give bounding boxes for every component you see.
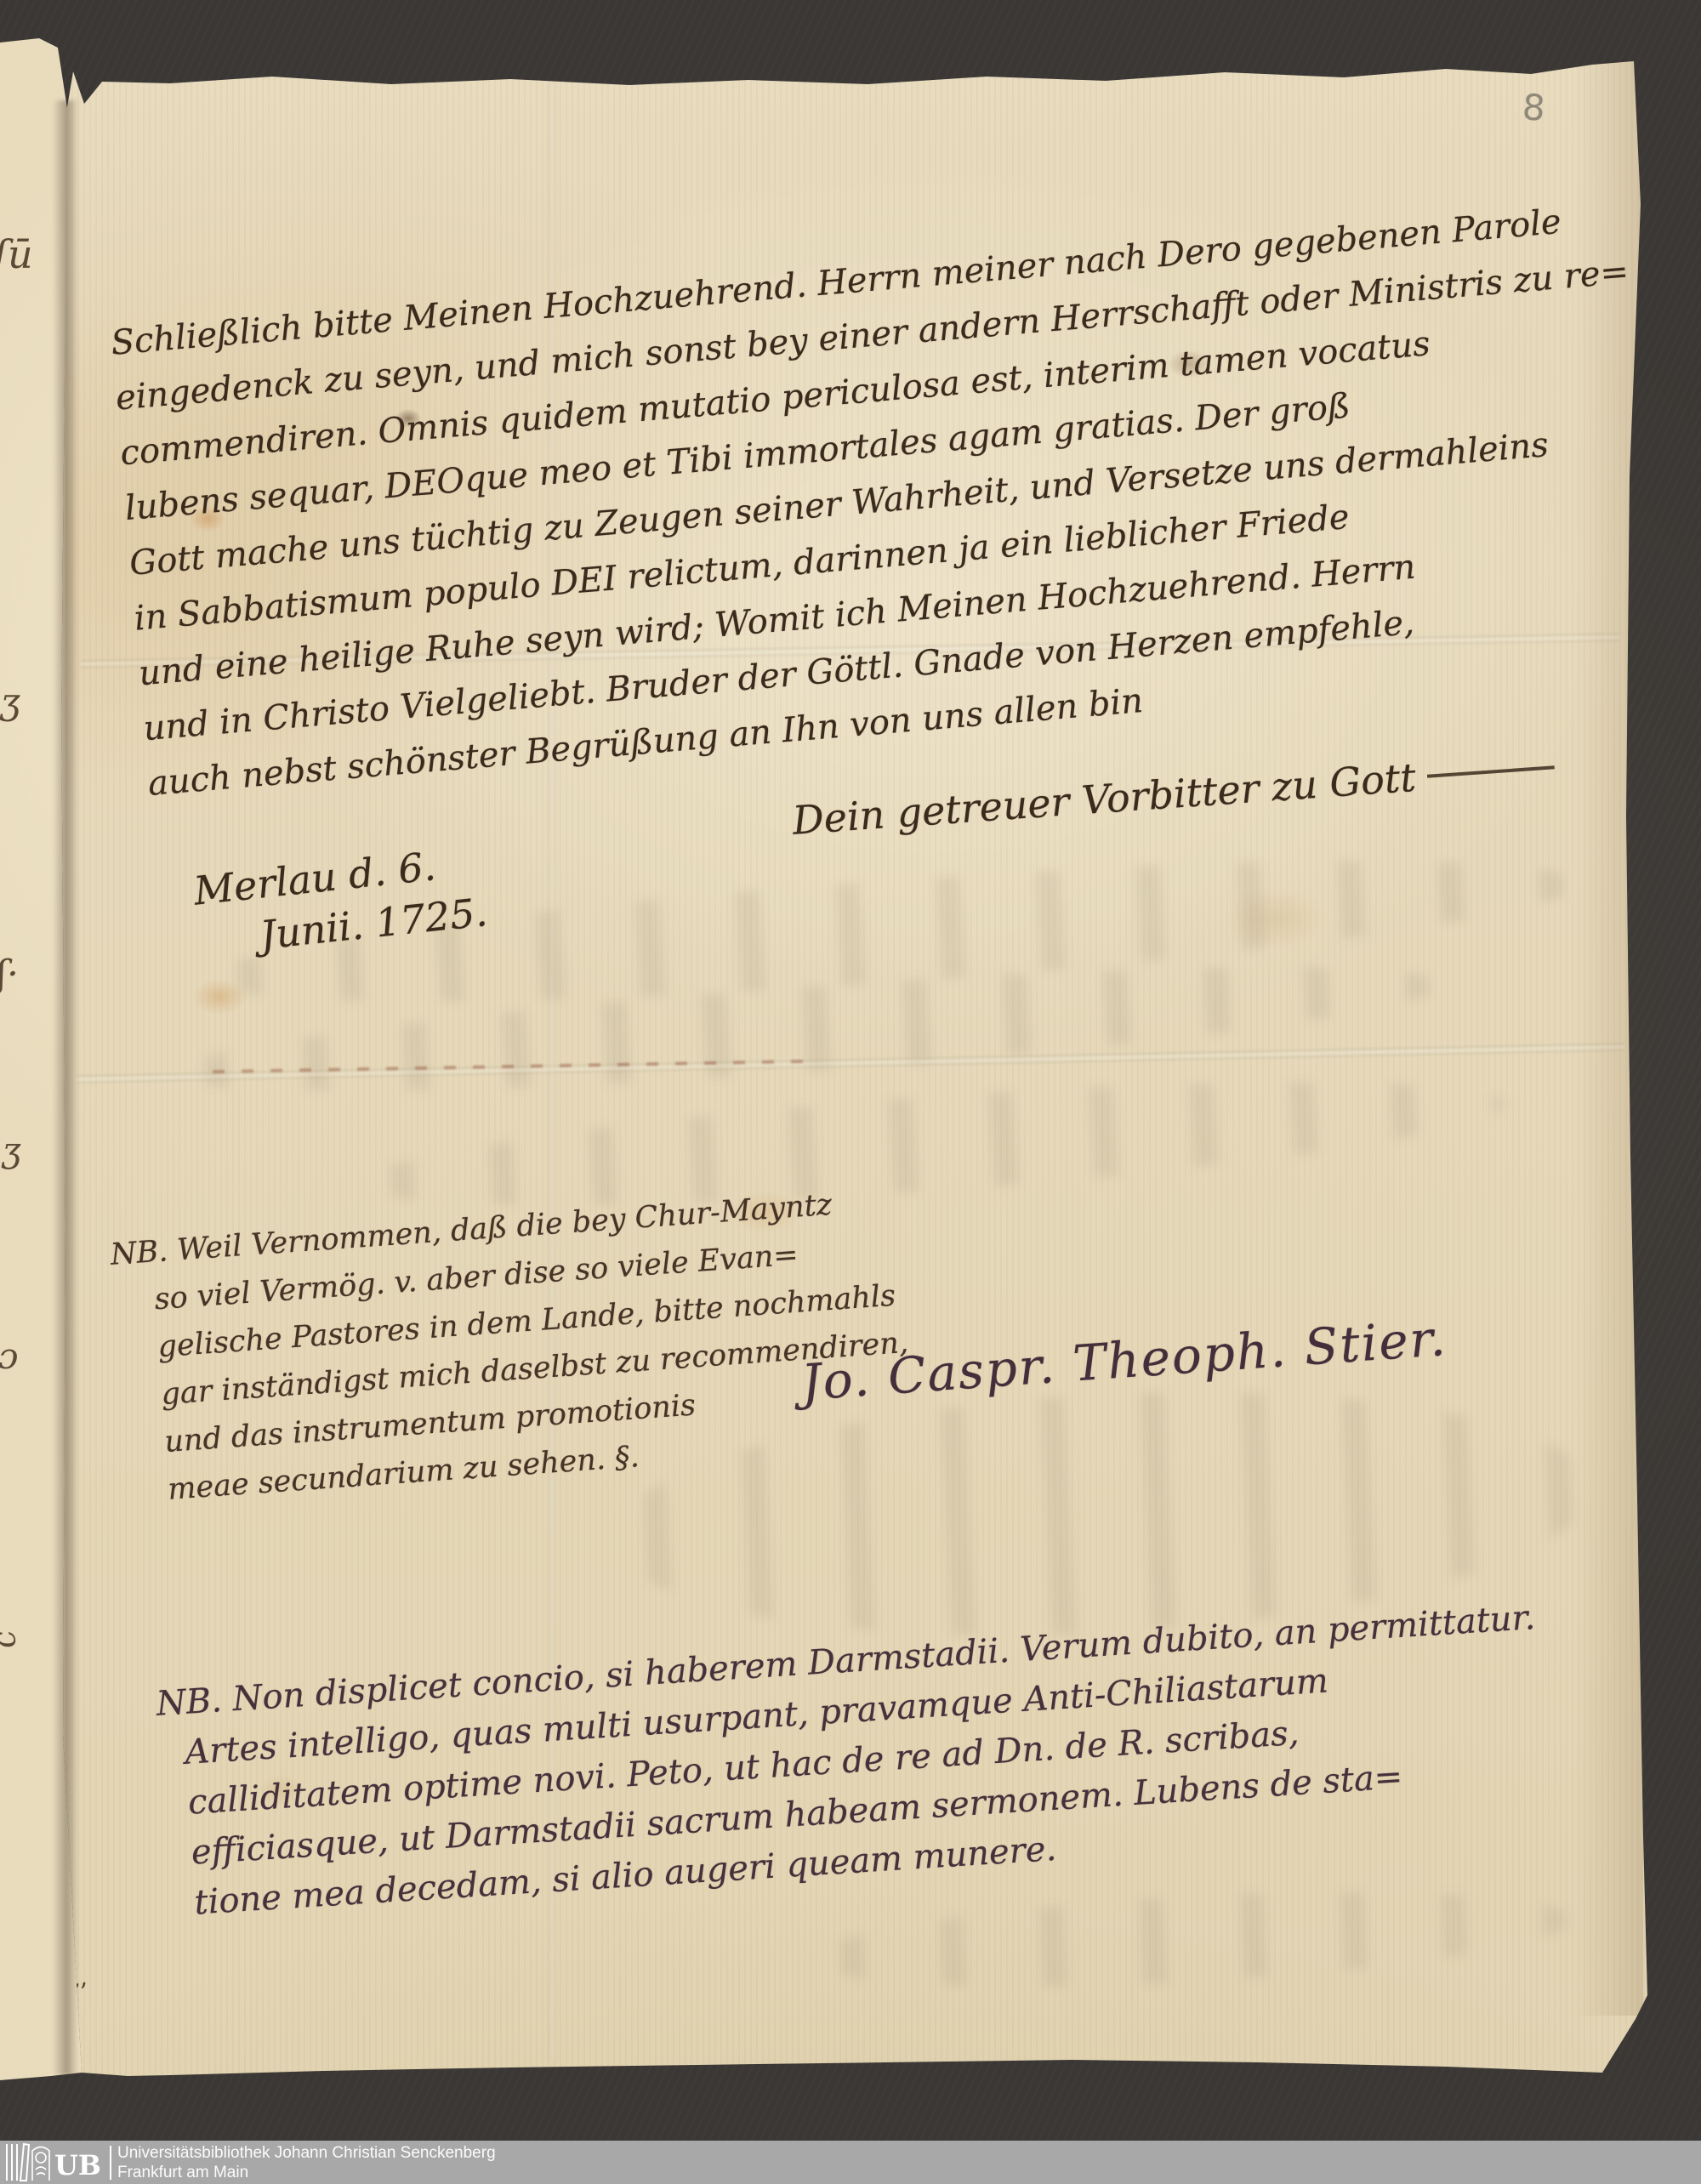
library-logo: UB — [3, 2142, 116, 2182]
library-city: Frankfurt am Main — [117, 2163, 496, 2182]
portrait-icon — [32, 2147, 49, 2181]
ink-fragment: ʒ — [2, 1131, 21, 1170]
library-footer-bar: UB Universitätsbibliothek Johann Christi… — [0, 2141, 1701, 2184]
folio-number: 8 — [1521, 86, 1546, 129]
gutter-shadow — [53, 100, 78, 2075]
ink-fragment: ʒ — [0, 680, 20, 722]
library-name: Universitätsbibliothek Johann Christian … — [117, 2143, 496, 2163]
ink-fragment: ɔ — [0, 1335, 19, 1377]
ink-fragment: ʃ· — [0, 953, 19, 996]
pen-flourish — [1427, 765, 1555, 777]
ink-fragment: ɔ — [0, 1627, 29, 1652]
scanned-manuscript-view: ſū ʒ ʃ· ʒ ɔ ɔ 8 Schließlich bitte Meinen… — [0, 0, 1701, 2184]
ink-fragment: ſū — [0, 231, 33, 277]
manuscript-page: 8 Schließlich bitte Meinen Hochzuehrend.… — [0, 0, 1701, 2184]
library-attribution: Universitätsbibliothek Johann Christian … — [117, 2143, 496, 2182]
logo-abbreviation: UB — [54, 2149, 101, 2181]
marginal-note: NB. Weil Vernommen, daß die bey Chur-May… — [109, 1176, 917, 1516]
books-icon — [7, 2144, 29, 2181]
